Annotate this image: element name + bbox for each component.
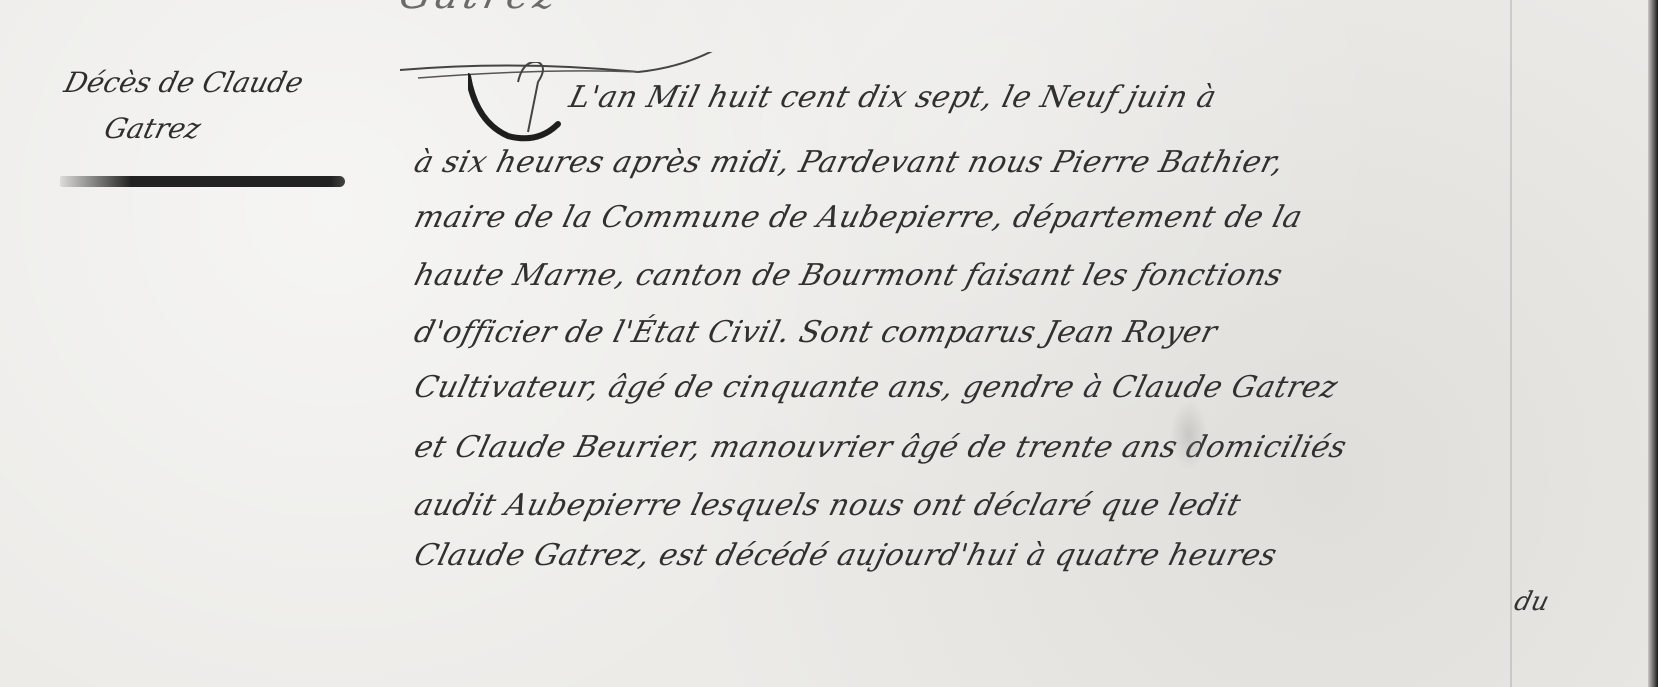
body-line-4: haute Marne, canton de Bourmont faisant … (411, 258, 1287, 293)
body-line-2: à six heures après midi, Pardevant nous … (411, 145, 1288, 180)
margin-underline (60, 176, 345, 187)
body-line-8: audit Aubepierre lesquels nous ont décla… (411, 488, 1245, 523)
body-line-9: Claude Gatrez, est décédé aujourd'hui à … (411, 538, 1281, 573)
drop-cap-letter (468, 62, 568, 152)
previous-entry-fragment: Gatrez (395, 0, 565, 18)
ink-stain (1170, 400, 1208, 470)
margin-surname: Gatrez (59, 106, 370, 152)
body-line-7: et Claude Beurier, manouvrier âgé de tre… (411, 430, 1351, 465)
header-flourish (398, 52, 748, 82)
page-fold-line (1510, 0, 1512, 687)
catchword: du (1511, 587, 1552, 617)
margin-annotation: Décès de Claude Gatrez (65, 60, 365, 152)
margin-title: Décès de Claude (59, 60, 370, 106)
body-line-5: d'officier de l'État Civil. Sont comparu… (411, 315, 1221, 350)
page-edge-shadow (1648, 0, 1658, 687)
body-line-3: maire de la Commune de Aubepierre, dépar… (411, 200, 1306, 235)
body-line-1: L'an Mil huit cent dix sept, le Neuf jui… (566, 80, 1220, 115)
